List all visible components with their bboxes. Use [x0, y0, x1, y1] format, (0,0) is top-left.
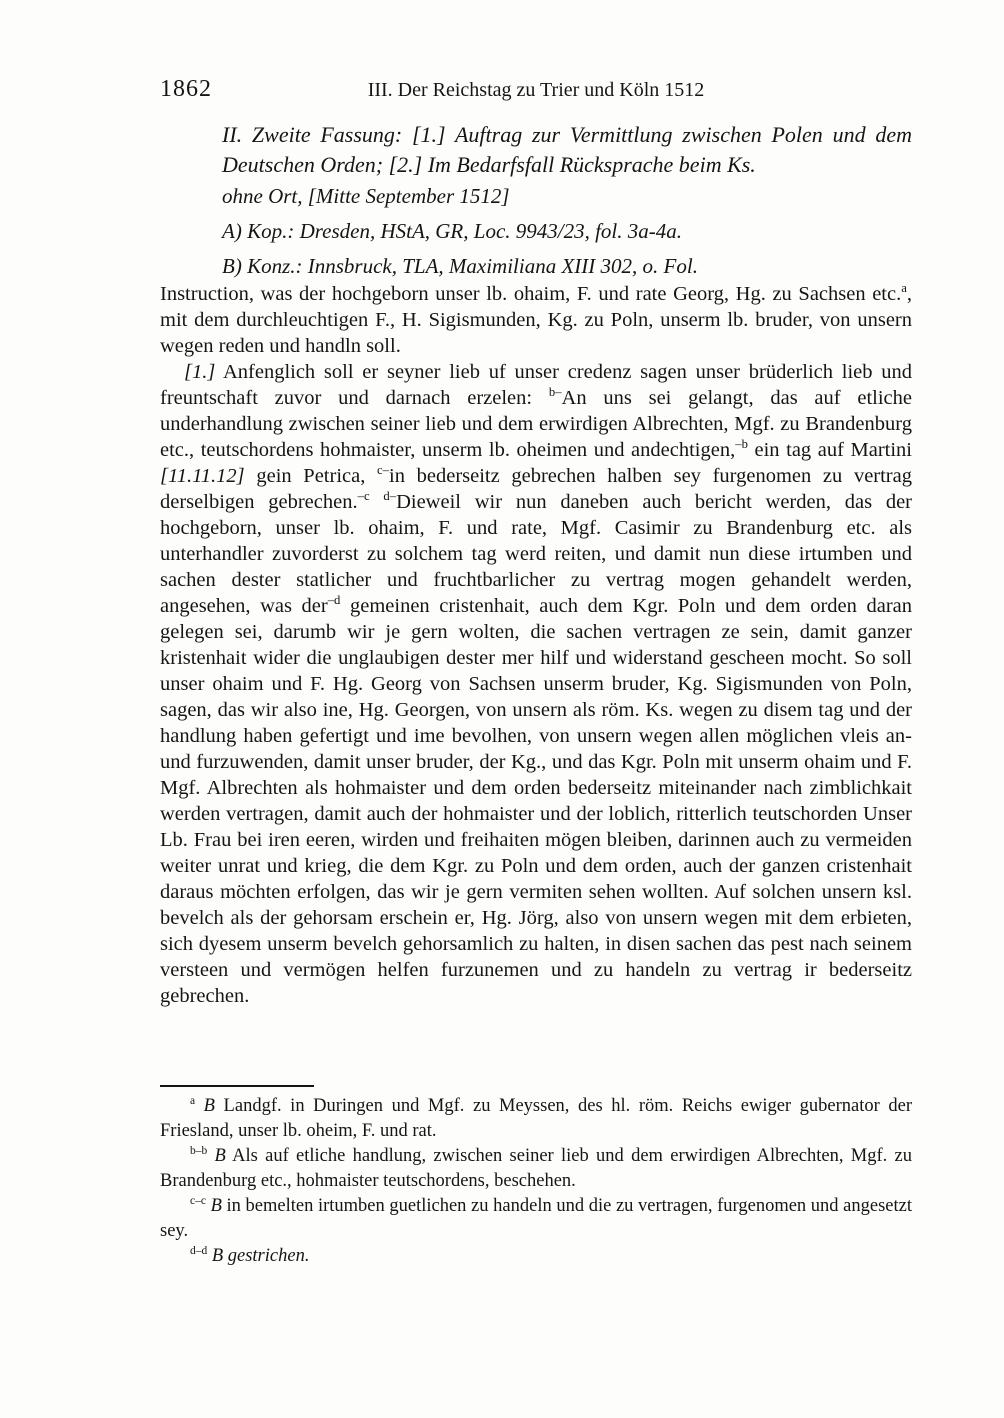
footnote-separator-rule	[160, 1085, 314, 1087]
footnote-d: d–d B gestrichen.	[160, 1244, 912, 1269]
running-head: III. Der Reichstag zu Trier und Köln 151…	[160, 76, 912, 102]
footnotes-section: a B Landgf. in Duringen und Mgf. zu Meys…	[160, 1094, 912, 1269]
page-header: 1862 III. Der Reichstag zu Trier und Köl…	[160, 76, 912, 104]
footnote-c: c–c B in bemelten irtumben guetlichen zu…	[160, 1194, 912, 1244]
footnote-b: b–b B Als auf etliche handlung, zwischen…	[160, 1144, 912, 1194]
place-date-line: ohne Ort, [Mitte September 1512]	[222, 184, 912, 209]
paragraph-instruction: Instruction, was der hochgeborn unser lb…	[160, 281, 912, 359]
footnote-a: a B Landgf. in Duringen und Mgf. zu Meys…	[160, 1094, 912, 1144]
document-title: II. Zweite Fassung: [1.] Auftrag zur Ver…	[222, 120, 912, 180]
document-page: 1862 III. Der Reichstag zu Trier und Köl…	[0, 0, 1004, 1418]
paragraph-1: [1.] Anfenglich soll er seyner lieb uf u…	[160, 359, 912, 1009]
source-line-a: A) Kop.: Dresden, HStA, GR, Loc. 9943/23…	[222, 219, 912, 244]
page-number: 1862	[160, 76, 212, 103]
main-text: Instruction, was der hochgeborn unser lb…	[160, 281, 912, 1009]
source-line-b: B) Konz.: Innsbruck, TLA, Maximiliana XI…	[222, 254, 912, 279]
